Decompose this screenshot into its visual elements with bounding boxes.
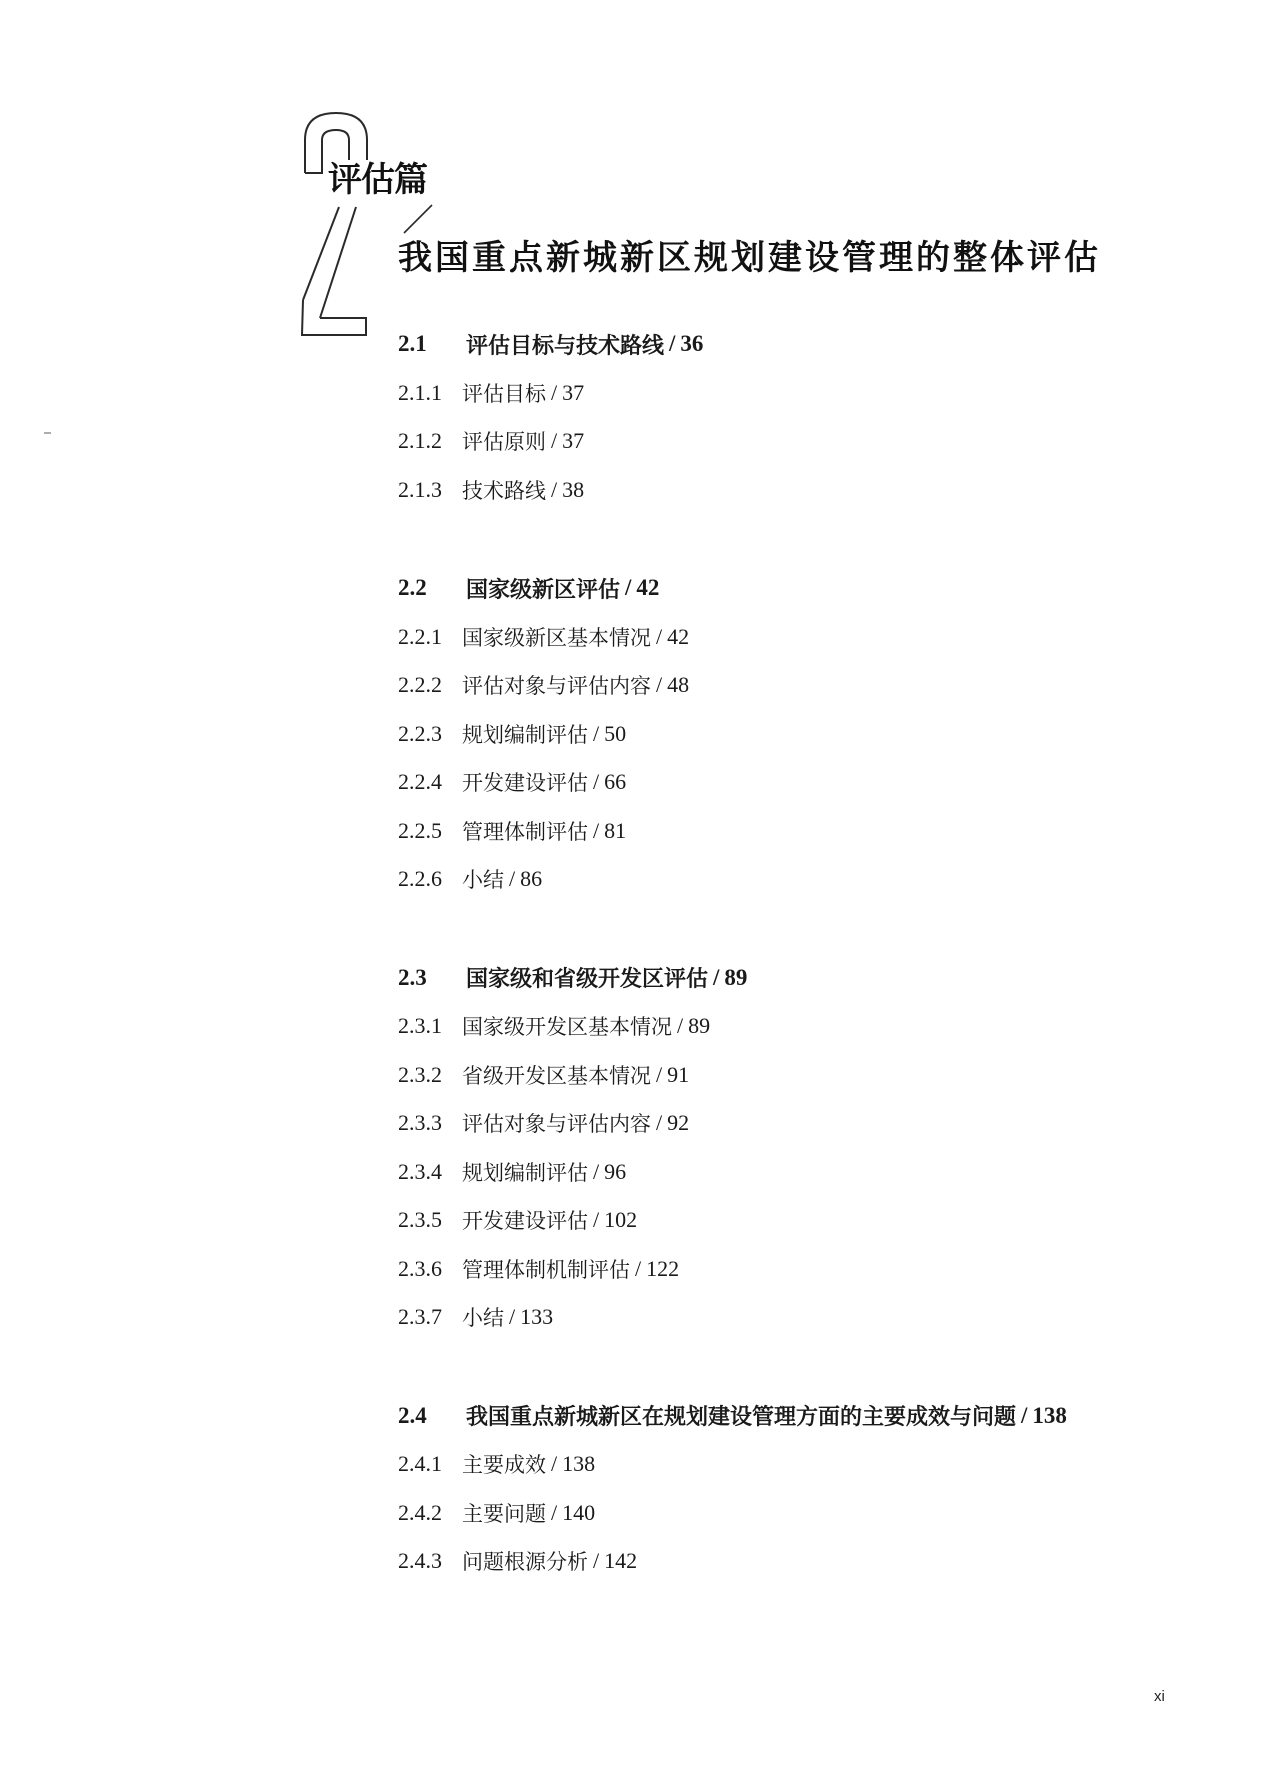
entry-title: 省级开发区基本情况 xyxy=(462,1060,651,1090)
page-number: xi xyxy=(1154,1688,1165,1705)
entry-page: 50 xyxy=(604,721,626,747)
page-separator: / xyxy=(656,624,662,650)
entry-page: 66 xyxy=(604,769,626,795)
entry-title: 小结 xyxy=(462,864,504,894)
page-separator: / xyxy=(593,1159,599,1185)
entry-title: 规划编制评估 xyxy=(462,1157,588,1187)
page-separator: / xyxy=(656,672,662,698)
page-separator: / xyxy=(593,721,599,747)
toc-section-heading[interactable]: 2.2 国家级新区评估 / 42 xyxy=(398,564,1218,613)
page-separator: / xyxy=(656,1062,662,1088)
entry-title: 技术路线 xyxy=(462,475,546,505)
entry-page: 133 xyxy=(520,1304,553,1330)
entry-number: 2.3.4 xyxy=(398,1159,462,1185)
toc-entry[interactable]: 2.4.1 主要成效 / 138 xyxy=(398,1440,1218,1489)
entry-number: 2.3.3 xyxy=(398,1110,462,1136)
entry-page: 142 xyxy=(604,1548,637,1574)
toc-section-2-4: 2.4 我国重点新城新区在规划建设管理方面的主要成效与问题 / 138 2.4.… xyxy=(398,1392,1218,1586)
entry-title: 评估对象与评估内容 xyxy=(462,670,651,700)
entry-page: 89 xyxy=(688,1013,710,1039)
entry-page: 81 xyxy=(604,818,626,844)
toc-page: 评估篇 我国重点新城新区规划建设管理的整体评估 2.1 评估目标与技术路线 / … xyxy=(0,0,1279,1786)
scan-artifact xyxy=(44,432,51,434)
entry-title: 小结 xyxy=(462,1302,504,1332)
toc-entry[interactable]: 2.3.2 省级开发区基本情况 / 91 xyxy=(398,1051,1218,1100)
toc-entry[interactable]: 2.1.1 评估目标 / 37 xyxy=(398,369,1218,418)
entry-number: 2.2.4 xyxy=(398,769,462,795)
table-of-contents: 2.1 评估目标与技术路线 / 36 2.1.1 评估目标 / 37 2.1.2… xyxy=(398,320,1218,1636)
section-number: 2.1 xyxy=(398,331,466,357)
page-separator: / xyxy=(593,1207,599,1233)
entry-page: 122 xyxy=(646,1256,679,1282)
toc-entry[interactable]: 2.4.3 问题根源分析 / 142 xyxy=(398,1537,1218,1586)
toc-section-heading[interactable]: 2.4 我国重点新城新区在规划建设管理方面的主要成效与问题 / 138 xyxy=(398,1392,1218,1441)
entry-page: 102 xyxy=(604,1207,637,1233)
entry-page: 37 xyxy=(562,428,584,454)
toc-entry[interactable]: 2.2.3 规划编制评估 / 50 xyxy=(398,710,1218,759)
page-separator: / xyxy=(551,428,557,454)
entry-number: 2.2.2 xyxy=(398,672,462,698)
page-separator: / xyxy=(669,331,675,357)
section-number: 2.2 xyxy=(398,575,466,601)
entry-title: 管理体制评估 xyxy=(462,816,588,846)
section-page: 42 xyxy=(636,575,659,601)
entry-number: 2.3.7 xyxy=(398,1304,462,1330)
entry-title: 主要问题 xyxy=(462,1498,546,1528)
entry-number: 2.1.3 xyxy=(398,477,462,503)
entry-number: 2.3.2 xyxy=(398,1062,462,1088)
toc-section-heading[interactable]: 2.3 国家级和省级开发区评估 / 89 xyxy=(398,954,1218,1003)
section-title: 国家级新区评估 xyxy=(466,573,620,604)
entry-number: 2.4.1 xyxy=(398,1451,462,1477)
entry-title: 评估目标 xyxy=(462,378,546,408)
section-title: 评估目标与技术路线 xyxy=(466,329,664,360)
toc-entry[interactable]: 2.2.5 管理体制评估 / 81 xyxy=(398,807,1218,856)
entry-number: 2.1.2 xyxy=(398,428,462,454)
section-title: 国家级和省级开发区评估 xyxy=(466,962,708,993)
section-number: 2.3 xyxy=(398,965,466,991)
entry-number: 2.2.6 xyxy=(398,866,462,892)
page-separator: / xyxy=(656,1110,662,1136)
page-separator: / xyxy=(593,1548,599,1574)
entry-title: 评估对象与评估内容 xyxy=(462,1108,651,1138)
entry-page: 138 xyxy=(562,1451,595,1477)
entry-title: 评估原则 xyxy=(462,426,546,456)
entry-number: 2.2.5 xyxy=(398,818,462,844)
entry-number: 2.3.1 xyxy=(398,1013,462,1039)
entry-number: 2.3.6 xyxy=(398,1256,462,1282)
toc-entry[interactable]: 2.1.3 技术路线 / 38 xyxy=(398,466,1218,515)
page-separator: / xyxy=(551,380,557,406)
section-page: 36 xyxy=(680,331,703,357)
entry-title: 主要成效 xyxy=(462,1449,546,1479)
entry-number: 2.2.1 xyxy=(398,624,462,650)
page-separator: / xyxy=(551,477,557,503)
toc-entry[interactable]: 2.2.4 开发建设评估 / 66 xyxy=(398,758,1218,807)
page-separator: / xyxy=(551,1451,557,1477)
part-label: 评估篇 xyxy=(326,160,429,200)
section-page: 89 xyxy=(724,965,747,991)
toc-section-2-2: 2.2 国家级新区评估 / 42 2.2.1 国家级新区基本情况 / 42 2.… xyxy=(398,564,1218,904)
page-separator: / xyxy=(1021,1403,1027,1429)
entry-number: 2.4.3 xyxy=(398,1548,462,1574)
page-separator: / xyxy=(713,965,719,991)
page-separator: / xyxy=(625,575,631,601)
entry-page: 48 xyxy=(667,672,689,698)
toc-entry[interactable]: 2.3.4 规划编制评估 / 96 xyxy=(398,1148,1218,1197)
toc-section-2-1: 2.1 评估目标与技术路线 / 36 2.1.1 评估目标 / 37 2.1.2… xyxy=(398,320,1218,514)
entry-title: 国家级新区基本情况 xyxy=(462,622,651,652)
page-separator: / xyxy=(551,1500,557,1526)
section-page: 138 xyxy=(1032,1403,1067,1429)
entry-page: 86 xyxy=(520,866,542,892)
page-separator: / xyxy=(509,866,515,892)
toc-entry[interactable]: 2.2.1 国家级新区基本情况 / 42 xyxy=(398,613,1218,662)
toc-entry[interactable]: 2.4.2 主要问题 / 140 xyxy=(398,1489,1218,1538)
entry-title: 国家级开发区基本情况 xyxy=(462,1011,672,1041)
toc-entry[interactable]: 2.3.1 国家级开发区基本情况 / 89 xyxy=(398,1002,1218,1051)
entry-title: 问题根源分析 xyxy=(462,1546,588,1576)
entry-number: 2.2.3 xyxy=(398,721,462,747)
entry-page: 37 xyxy=(562,380,584,406)
entry-page: 92 xyxy=(667,1110,689,1136)
page-separator: / xyxy=(635,1256,641,1282)
toc-entry[interactable]: 2.3.6 管理体制机制评估 / 122 xyxy=(398,1245,1218,1294)
section-number: 2.4 xyxy=(398,1403,466,1429)
entry-title: 管理体制机制评估 xyxy=(462,1254,630,1284)
entry-title: 开发建设评估 xyxy=(462,1205,588,1235)
page-separator: / xyxy=(677,1013,683,1039)
toc-entry[interactable]: 2.3.5 开发建设评估 / 102 xyxy=(398,1196,1218,1245)
toc-section-heading[interactable]: 2.1 评估目标与技术路线 / 36 xyxy=(398,320,1218,369)
toc-entry[interactable]: 2.2.6 小结 / 86 xyxy=(398,855,1218,904)
entry-number: 2.3.5 xyxy=(398,1207,462,1233)
entry-number: 2.4.2 xyxy=(398,1500,462,1526)
page-separator: / xyxy=(593,769,599,795)
page-separator: / xyxy=(593,818,599,844)
entry-title: 规划编制评估 xyxy=(462,719,588,749)
entry-page: 38 xyxy=(562,477,584,503)
entry-number: 2.1.1 xyxy=(398,380,462,406)
entry-page: 42 xyxy=(667,624,689,650)
toc-entry[interactable]: 2.1.2 评估原则 / 37 xyxy=(398,417,1218,466)
section-title: 我国重点新城新区在规划建设管理方面的主要成效与问题 xyxy=(466,1400,1016,1431)
toc-entry[interactable]: 2.3.7 小结 / 133 xyxy=(398,1293,1218,1342)
page-separator: / xyxy=(509,1304,515,1330)
toc-entry[interactable]: 2.3.3 评估对象与评估内容 / 92 xyxy=(398,1099,1218,1148)
entry-title: 开发建设评估 xyxy=(462,767,588,797)
chapter-title: 我国重点新城新区规划建设管理的整体评估 xyxy=(398,236,1101,280)
toc-entry[interactable]: 2.2.2 评估对象与评估内容 / 48 xyxy=(398,661,1218,710)
toc-section-2-3: 2.3 国家级和省级开发区评估 / 89 2.3.1 国家级开发区基本情况 / … xyxy=(398,954,1218,1342)
entry-page: 96 xyxy=(604,1159,626,1185)
entry-page: 140 xyxy=(562,1500,595,1526)
entry-page: 91 xyxy=(667,1062,689,1088)
